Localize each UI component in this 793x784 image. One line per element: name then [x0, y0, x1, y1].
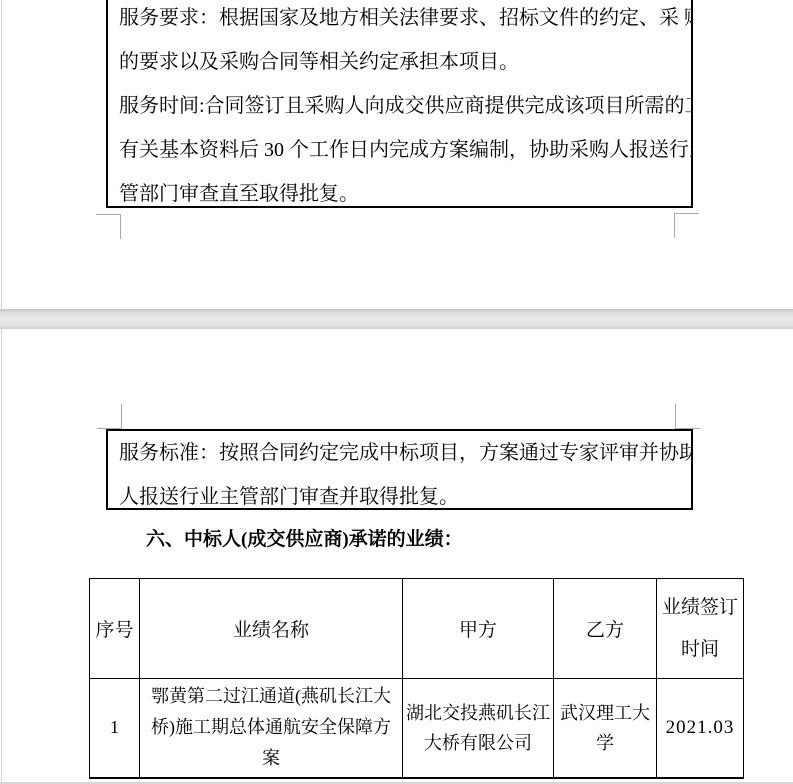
document-page-2: 服务标准：按照合同约定完成中标项目，方案通过专家评审并协助采购 人报送行业主管部… [0, 329, 793, 784]
cell-sign-time: 2021.03 [657, 679, 744, 778]
standard-box-line: 服务标准：按照合同约定完成中标项目，方案通过专家评审并协助采购 [119, 431, 682, 475]
party-a-line: 大桥有限公司 [405, 728, 551, 758]
column-header-sign-time-line: 时间 [659, 629, 741, 671]
achievement-name-line: 桥)施工期总体通航安全保障方 [142, 712, 400, 743]
achievement-name-line: 鄂黄第二过江通道(燕矶长江大 [142, 681, 400, 712]
party-a-line: 湖北交投燕矶长江 [405, 698, 551, 728]
column-header-sign-time: 业绩签订 时间 [657, 579, 744, 679]
section-heading: 六、中标人(成交供应商)承诺的业绩： [146, 529, 463, 551]
service-box-line: 的要求以及采购合同等相关约定承担本项目。 [119, 40, 682, 84]
party-b-line: 武汉理工大 [556, 698, 654, 728]
page-break-separator [0, 309, 793, 329]
text-boundary-mark-top-left-icon [97, 404, 122, 429]
table-row: 1 鄂黄第二过江通道(燕矶长江大 桥)施工期总体通航安全保障方 案 湖北交投燕矶… [90, 679, 744, 778]
text-boundary-mark-bottom-right-icon [674, 213, 699, 238]
column-header-party-b: 乙方 [554, 579, 657, 679]
column-header-sign-time-line: 业绩签订 [659, 587, 741, 629]
document-page-1: 服务要求：根据国家及地方相关法律要求、招标文件的约定、采 购人 的要求以及采购合… [0, 0, 793, 309]
text-boundary-mark-bottom-left-icon [96, 214, 121, 239]
service-standard-box: 服务标准：按照合同约定完成中标项目，方案通过专家评审并协助采购 人报送行业主管部… [106, 429, 693, 510]
column-header-party-a: 甲方 [403, 579, 554, 679]
standard-box-line: 人报送行业主管部门审查并取得批复。 [119, 475, 682, 510]
service-requirements-box: 服务要求：根据国家及地方相关法律要求、招标文件的约定、采 购人 的要求以及采购合… [106, 0, 693, 208]
cell-achievement-name: 鄂黄第二过江通道(燕矶长江大 桥)施工期总体通航安全保障方 案 [140, 679, 403, 778]
table-header-row: 序号 业绩名称 甲方 乙方 业绩签订 时间 [90, 579, 744, 679]
achievements-table: 序号 业绩名称 甲方 乙方 业绩签订 时间 1 鄂黄第二过江通道(燕矶长江大 桥… [89, 578, 744, 779]
cell-party-b: 武汉理工大 学 [554, 679, 657, 778]
cell-index: 1 [90, 679, 140, 778]
service-box-line: 服务时间:合同签订且采购人向成交供应商提供完成该项目所需的工程 [119, 84, 682, 128]
page-left-edge-line [1, 0, 2, 309]
column-header-index: 序号 [90, 579, 140, 679]
text-boundary-mark-top-right-icon [675, 404, 700, 429]
service-box-line: 服务要求：根据国家及地方相关法律要求、招标文件的约定、采 购人 [119, 0, 682, 40]
page-left-edge-line [1, 329, 2, 784]
party-b-line: 学 [556, 728, 654, 758]
service-box-line: 管部门审查直至取得批复。 [119, 172, 682, 208]
cell-party-a: 湖北交投燕矶长江 大桥有限公司 [403, 679, 554, 778]
service-box-line: 有关基本资料后 30 个工作日内完成方案编制，协助采购人报送行业主 [119, 128, 682, 172]
achievement-name-line: 案 [142, 743, 400, 774]
column-header-name: 业绩名称 [140, 579, 403, 679]
